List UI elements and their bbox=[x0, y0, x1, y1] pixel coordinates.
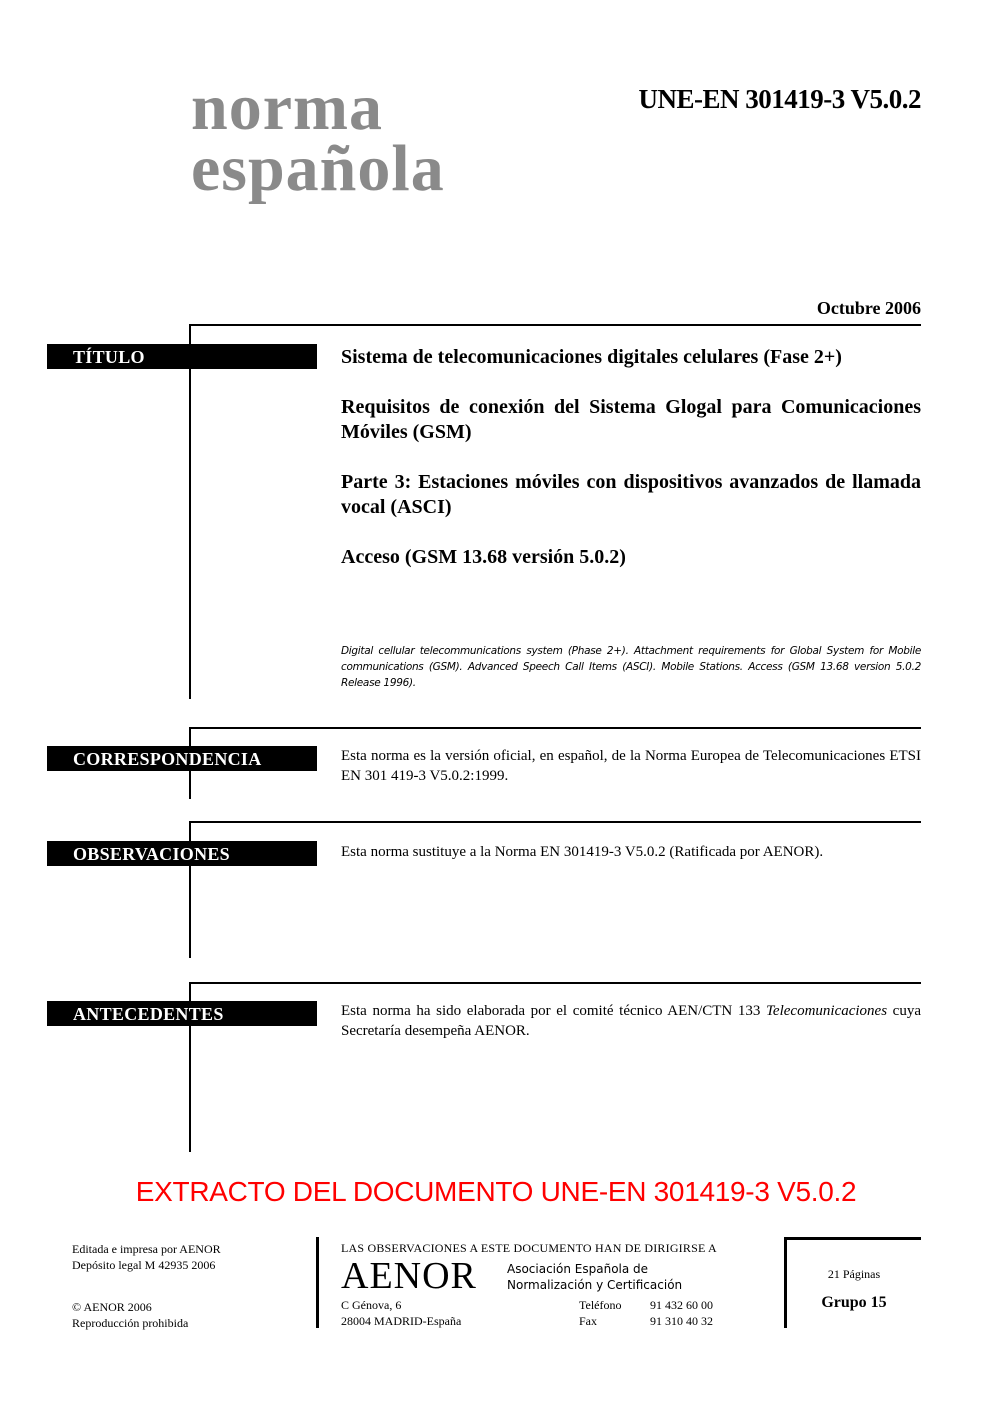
extract-watermark: EXTRACTO DEL DOCUMENTO UNE-EN 301419-3 V… bbox=[0, 1176, 992, 1208]
org-line-2: Normalización y Certificación bbox=[507, 1277, 682, 1293]
title-block: Sistema de telecomunicaciones digitales … bbox=[341, 345, 921, 595]
contact-labels: Teléfono Fax bbox=[579, 1297, 621, 1329]
antecedentes-text: Esta norma ha sido elaborada por el comi… bbox=[341, 1001, 921, 1041]
footer-left: Editada e impresa por AENOR Depósito leg… bbox=[72, 1241, 221, 1331]
section-label-correspondencia: CORRESPONDENCIA bbox=[47, 746, 317, 771]
section-divider bbox=[189, 727, 921, 729]
page-count: 21 Páginas bbox=[787, 1266, 921, 1282]
observaciones-text: Esta norma sustituye a la Norma EN 30141… bbox=[341, 842, 921, 862]
publisher-line: Editada e impresa por AENOR bbox=[72, 1241, 221, 1257]
title-line: Acceso (GSM 13.68 versión 5.0.2) bbox=[341, 545, 921, 570]
correspondencia-text: Esta norma es la versión oficial, en esp… bbox=[341, 746, 921, 786]
section-label-titulo: TÍTULO bbox=[47, 344, 317, 369]
english-title: Digital cellular telecommunications syst… bbox=[341, 643, 921, 691]
section-divider bbox=[189, 982, 921, 984]
title-line: Sistema de telecomunicaciones digitales … bbox=[341, 345, 921, 370]
phone-label: Teléfono bbox=[579, 1297, 621, 1313]
address-city: 28004 MADRID-España bbox=[341, 1313, 461, 1329]
address-street: C Génova, 6 bbox=[341, 1297, 461, 1313]
contact-values: 91 432 60 00 91 310 40 32 bbox=[650, 1297, 713, 1329]
publication-date: Octubre 2006 bbox=[817, 298, 921, 319]
section-divider bbox=[189, 821, 921, 823]
org-line-1: Asociación Española de bbox=[507, 1261, 682, 1277]
section-label-observaciones: OBSERVACIONES bbox=[47, 841, 317, 866]
legal-deposit: Depósito legal M 42935 2006 bbox=[72, 1257, 221, 1273]
title-line: Parte 3: Estaciones móviles con disposit… bbox=[341, 470, 921, 520]
committee-name: Telecomunicaciones bbox=[766, 1003, 887, 1019]
phone-number: 91 432 60 00 bbox=[650, 1297, 713, 1313]
fax-label: Fax bbox=[579, 1313, 621, 1329]
info-box-top bbox=[784, 1237, 921, 1240]
brand-line-1: norma bbox=[191, 78, 383, 138]
title-line: Requisitos de conexión del Sistema Gloga… bbox=[341, 395, 921, 445]
fax-number: 91 310 40 32 bbox=[650, 1313, 713, 1329]
reproduction-notice: Reproducción prohibida bbox=[72, 1315, 221, 1331]
section-label-antecedentes: ANTECEDENTES bbox=[47, 1001, 317, 1026]
standard-code: UNE-EN 301419-3 V5.0.2 bbox=[638, 84, 921, 115]
brand-line-2: española bbox=[191, 139, 445, 199]
section-divider bbox=[189, 324, 921, 326]
address-block: C Génova, 6 28004 MADRID-España bbox=[341, 1297, 461, 1329]
footer-divider bbox=[316, 1237, 319, 1328]
aenor-full-name: Asociación Española de Normalización y C… bbox=[507, 1261, 682, 1293]
antecedentes-text-before: Esta norma ha sido elaborada por el comi… bbox=[341, 1003, 766, 1019]
price-group: Grupo 15 bbox=[787, 1294, 921, 1312]
copyright: © AENOR 2006 bbox=[72, 1299, 221, 1315]
aenor-logo: AENOR bbox=[341, 1254, 477, 1298]
info-box-rule bbox=[784, 1237, 787, 1328]
section-rule bbox=[189, 324, 191, 699]
